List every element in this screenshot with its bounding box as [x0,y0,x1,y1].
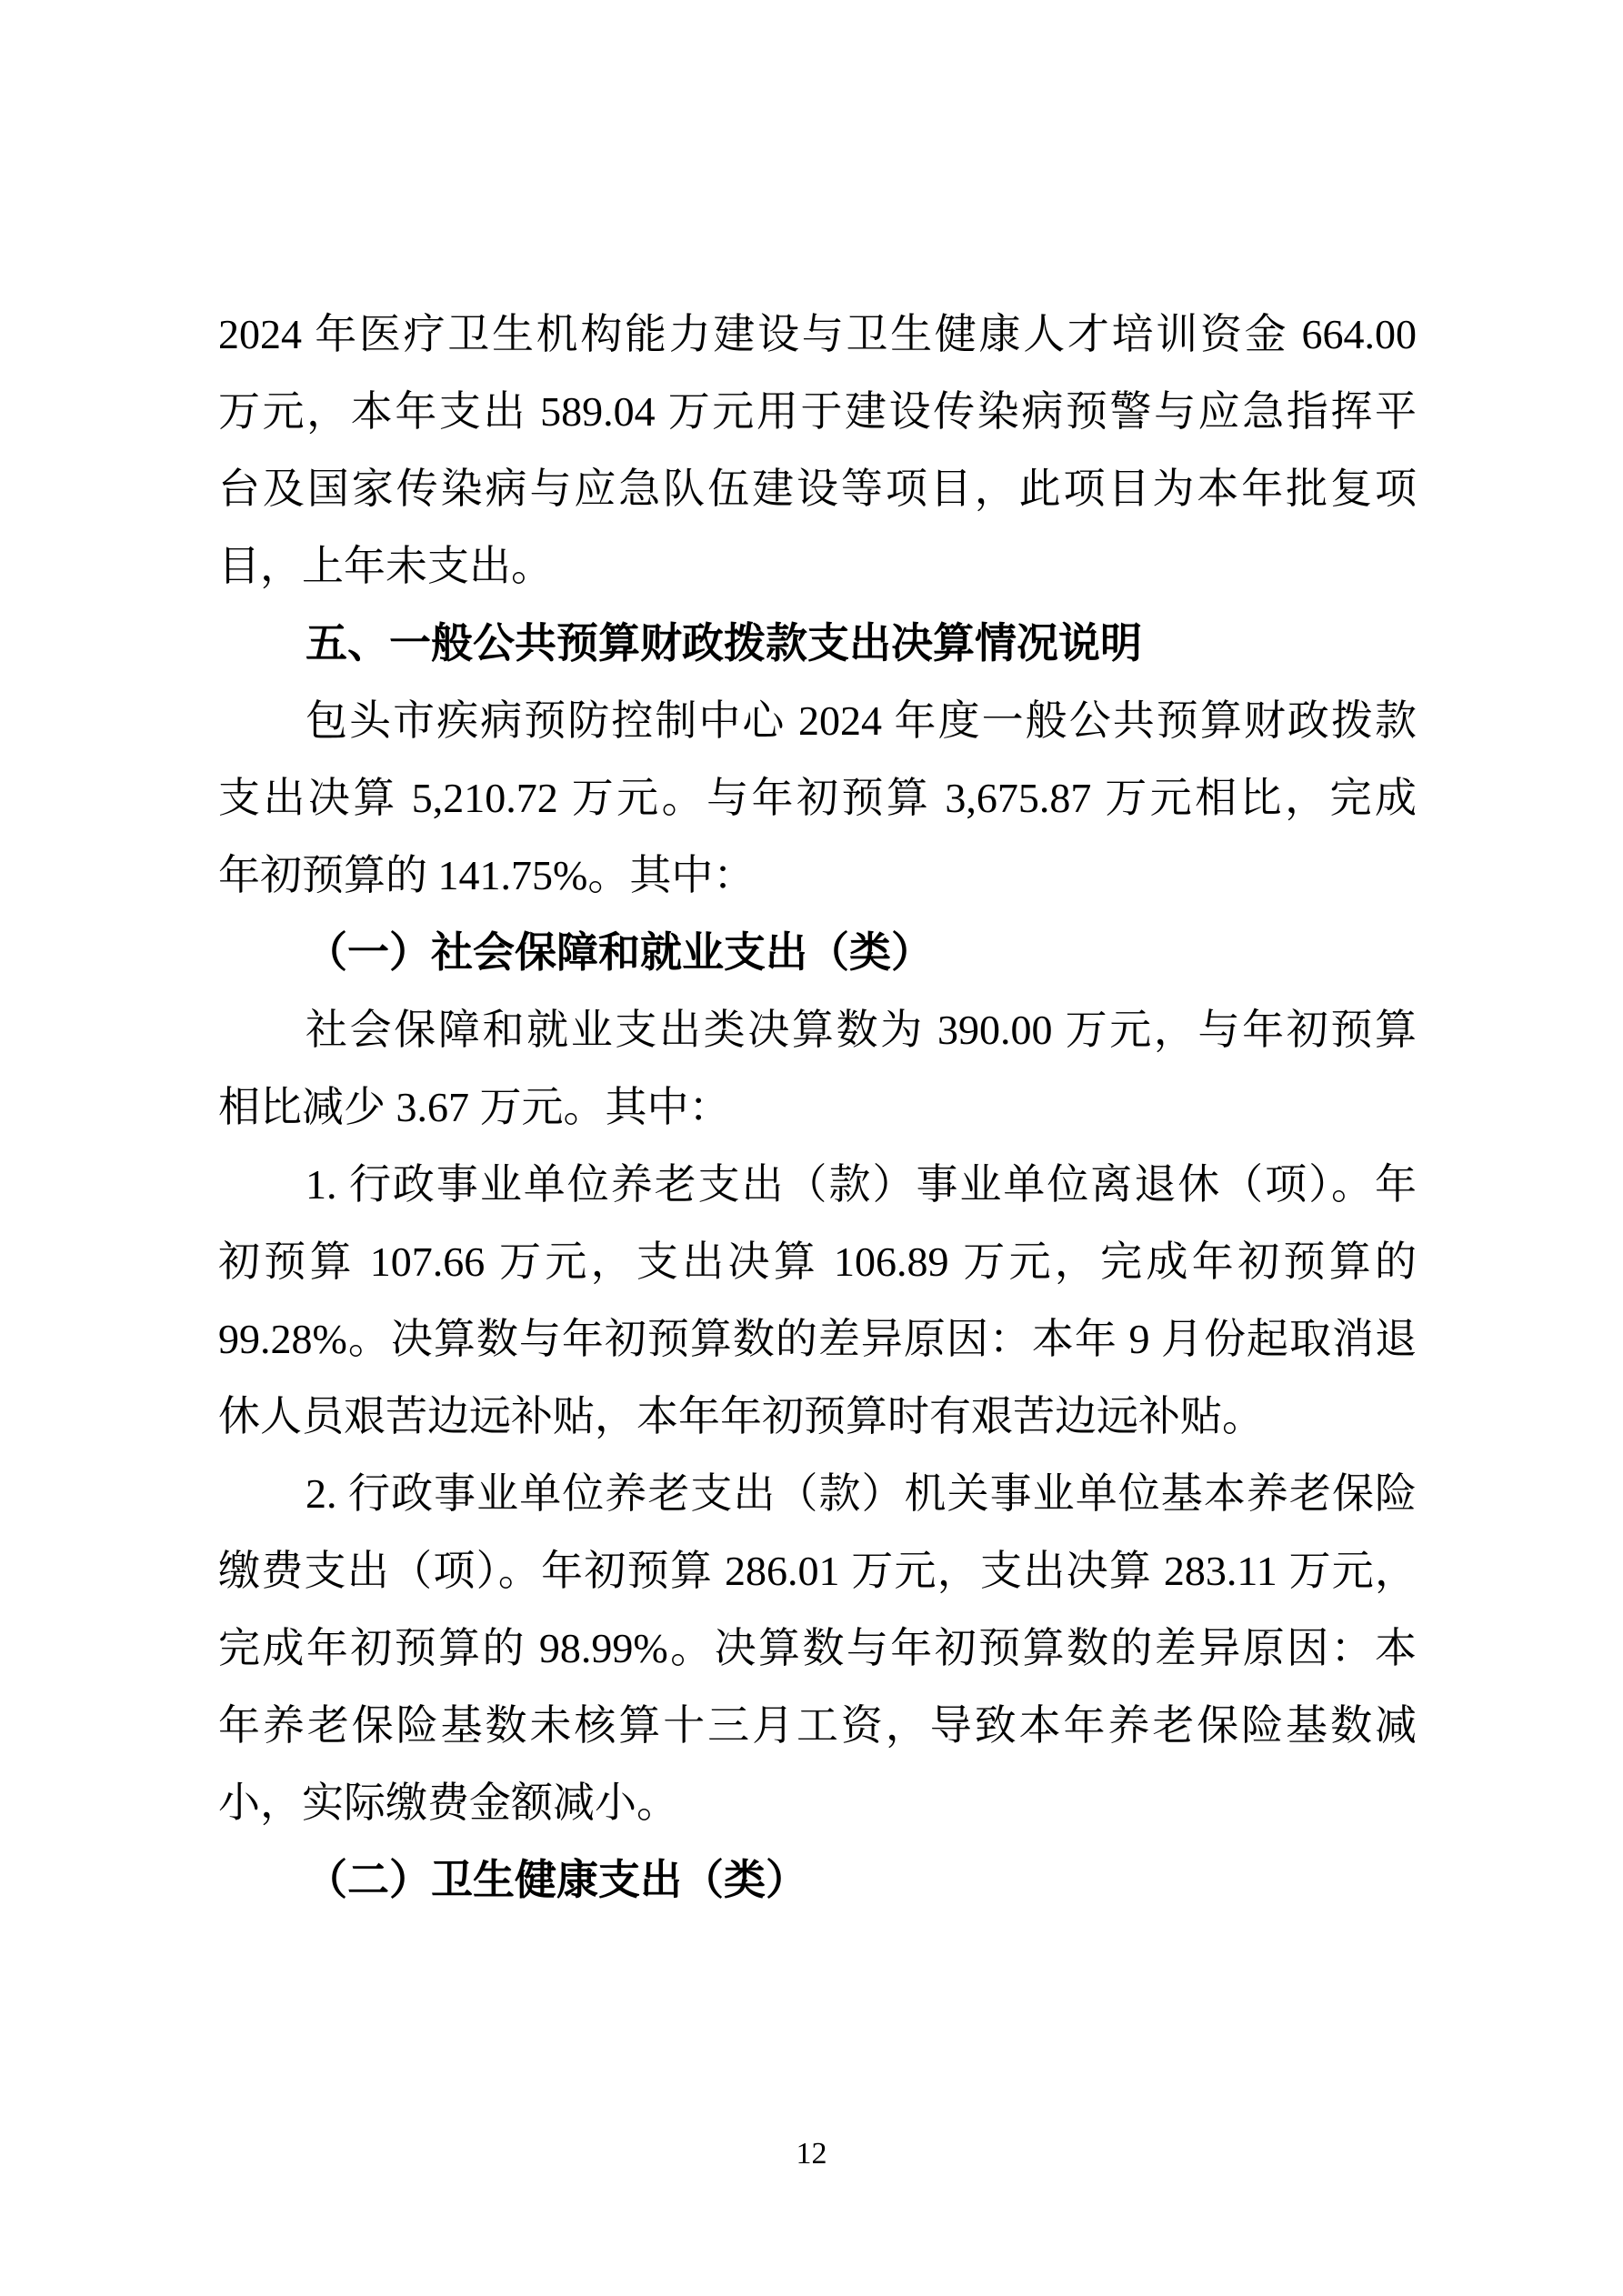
paragraph-line: 99.28%。决算数与年初预算数的差异原因：本年 9 月份起取消退 [218,1300,1417,1378]
paragraph-line: 完成年初预算的 98.99%。决算数与年初预算数的差异原因：本 [218,1609,1417,1687]
paragraph-line: 小，实际缴费金额减小。 [218,1764,1417,1841]
paragraph-line: 2. 行政事业单位养老支出（款）机关事业单位基本养老保险 [218,1455,1417,1532]
paragraph-line: 支出决算 5,210.72 万元。与年初预算 3,675.87 万元相比，完成 [218,759,1417,837]
paragraph-line: 目，上年未支出。 [218,527,1417,605]
paragraph-line: 万元，本年支出 589.04 万元用于建设传染病预警与应急指挥平 [218,373,1417,450]
paragraph-line: 休人员艰苦边远补贴，本年年初预算时有艰苦边远补贴。 [218,1378,1417,1455]
paragraph-line: 台及国家传染病与应急队伍建设等项目，此项目为本年批复项 [218,450,1417,527]
document-content: 2024 年医疗卫生机构能力建设与卫生健康人才培训资金 664.00 万元，本年… [218,296,1417,1919]
document-page: 2024 年医疗卫生机构能力建设与卫生健康人才培训资金 664.00 万元，本年… [0,0,1623,2296]
page-footer: 12 [0,2135,1623,2173]
paragraph-line: 相比减少 3.67 万元。其中： [218,1068,1417,1146]
paragraph-line: 初预算 107.66 万元，支出决算 106.89 万元，完成年初预算的 [218,1223,1417,1300]
section-heading: 五、一般公共预算财政拨款支出决算情况说明 [218,605,1417,682]
paragraph-line: 包头市疾病预防控制中心 2024 年度一般公共预算财政拨款 [218,682,1417,759]
paragraph-line: 缴费支出（项）。年初预算 286.01 万元，支出决算 283.11 万元， [218,1532,1417,1609]
paragraph-line: 年养老保险基数未核算十三月工资，导致本年养老保险基数减 [218,1687,1417,1764]
paragraph-line: 年初预算的 141.75%。其中： [218,837,1417,914]
page-number: 12 [796,2137,827,2171]
paragraph-line: 2024 年医疗卫生机构能力建设与卫生健康人才培训资金 664.00 [218,296,1417,373]
paragraph-line: 社会保障和就业支出类决算数为 390.00 万元，与年初预算 [218,991,1417,1068]
sub-section-heading: （二）卫生健康支出（类） [218,1841,1417,1919]
sub-section-heading: （一）社会保障和就业支出（类） [218,914,1417,991]
paragraph-line: 1. 行政事业单位养老支出（款）事业单位离退休（项）。年 [218,1146,1417,1223]
